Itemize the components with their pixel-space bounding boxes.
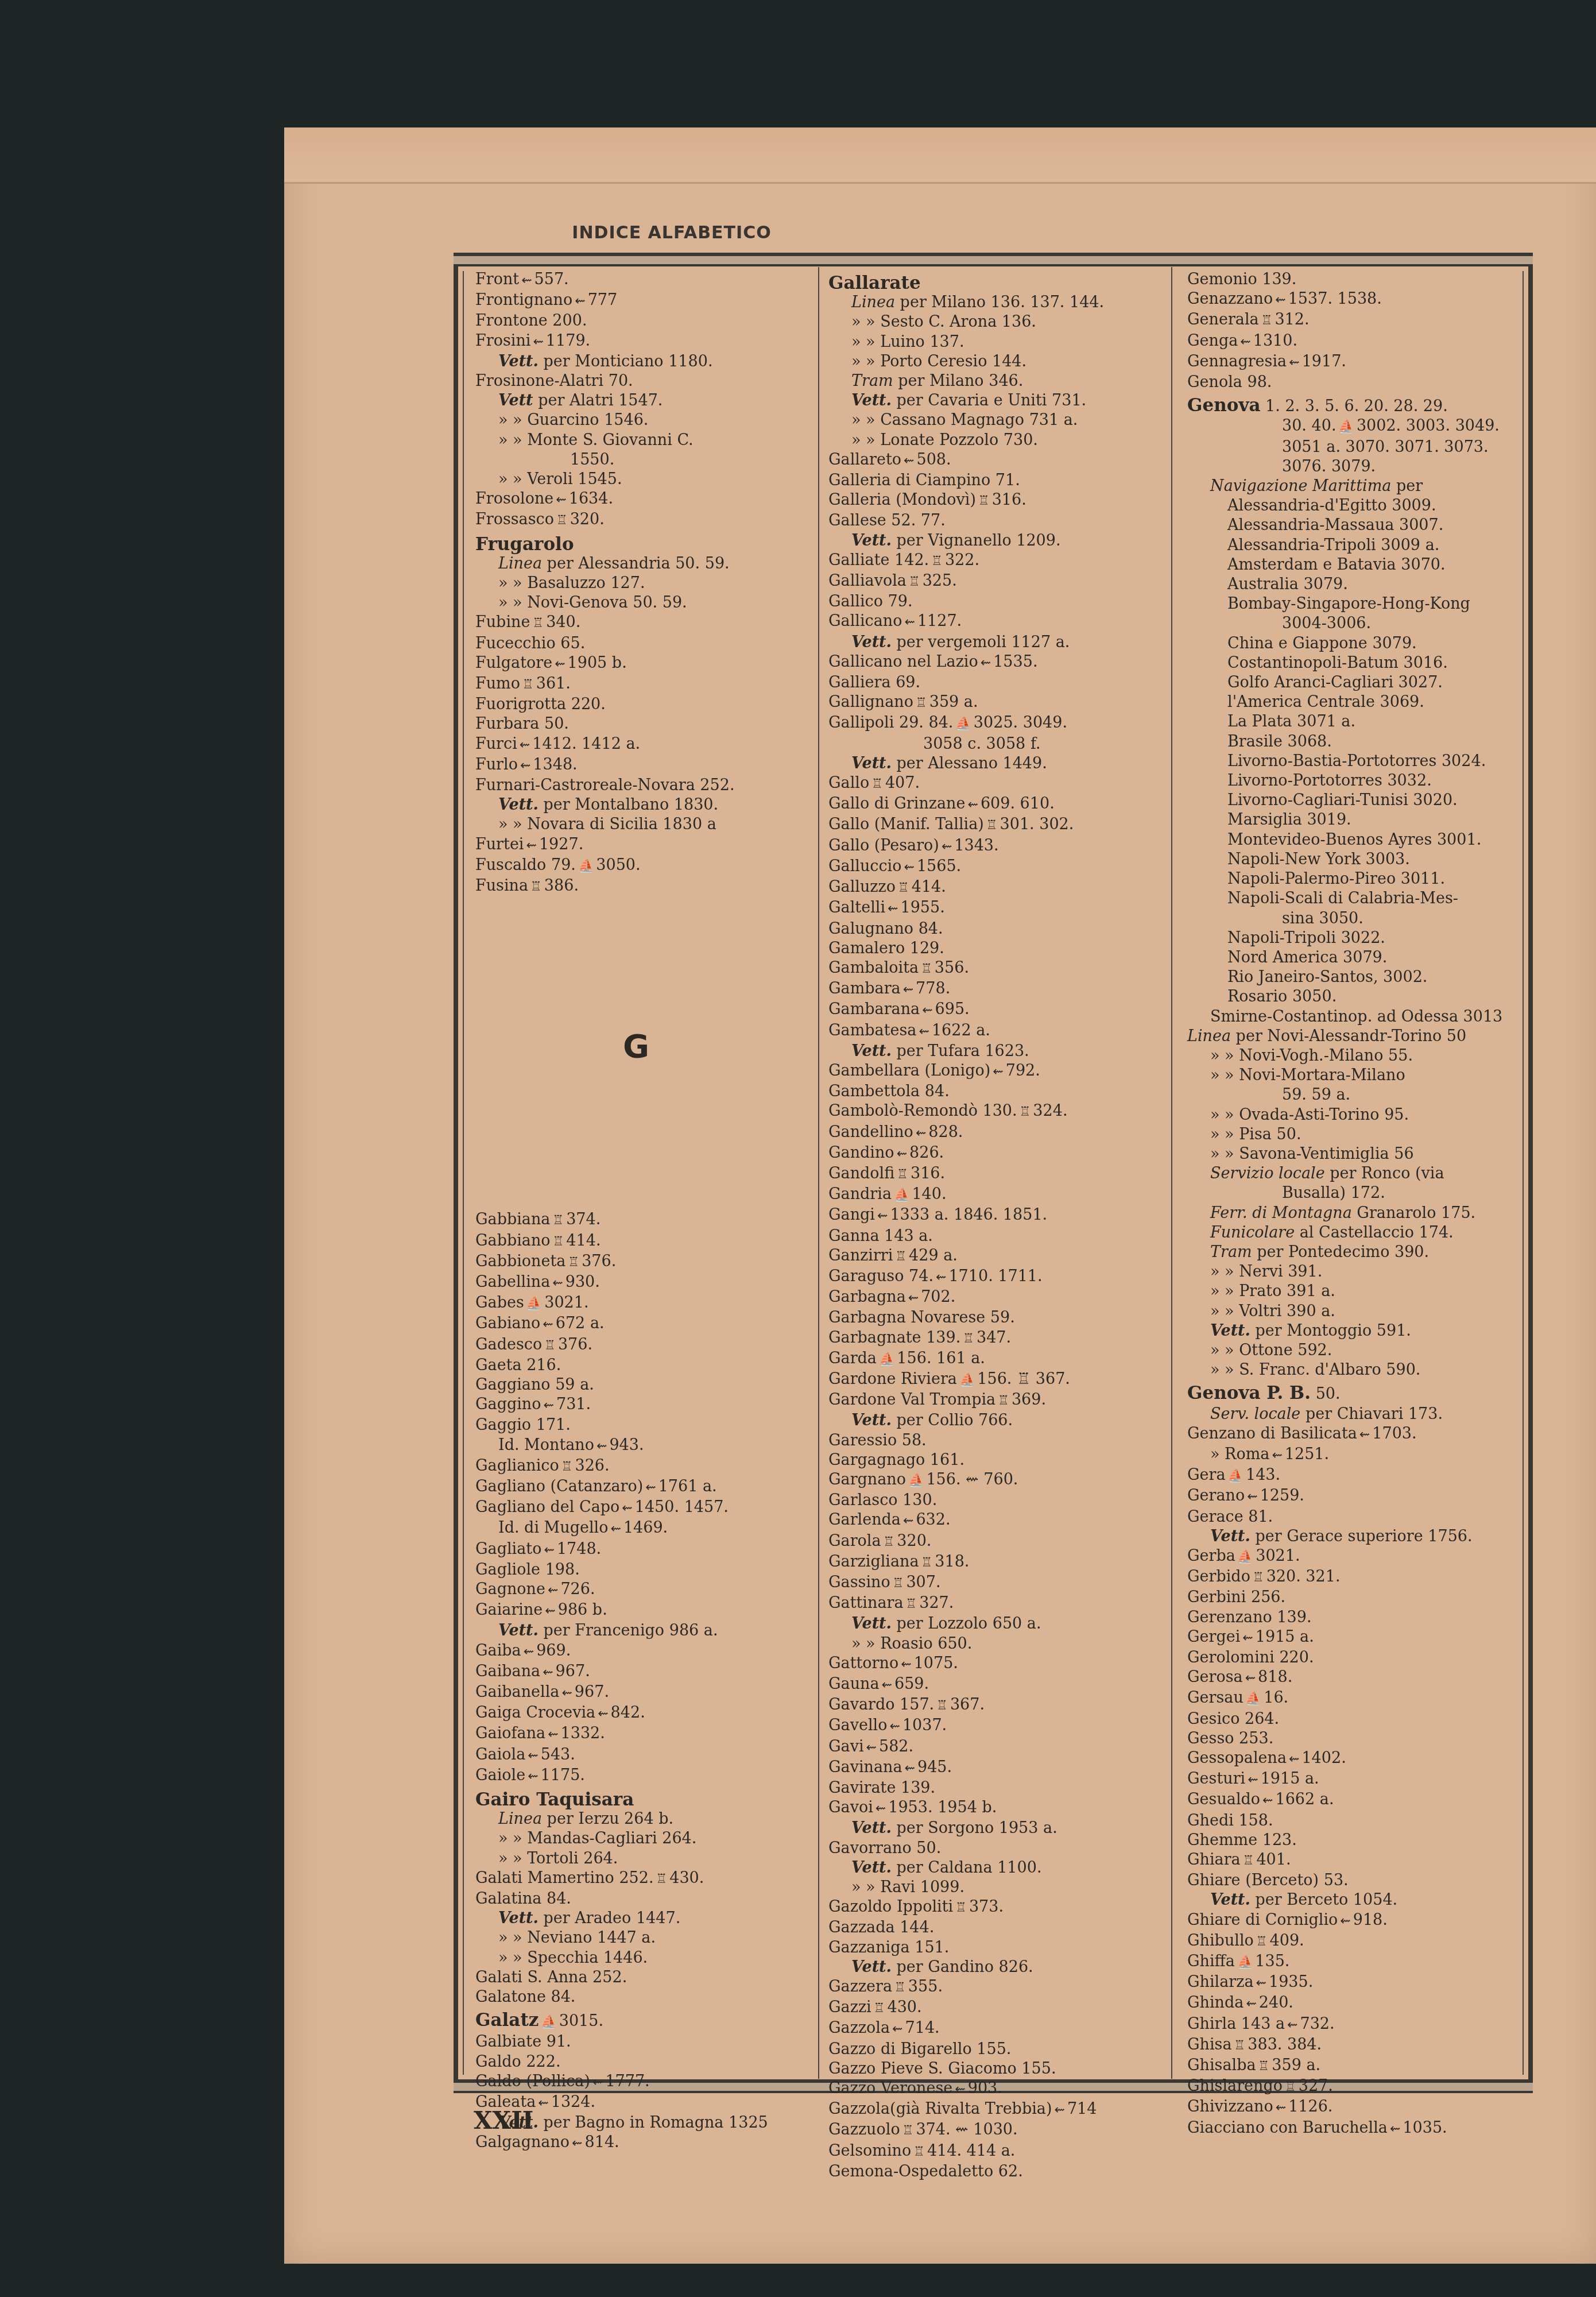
entry-refs: 414. <box>566 1232 601 1250</box>
tram-bell-icon: ♖ <box>902 2124 914 2138</box>
index-entry: Gagliato⇜1748. <box>475 1540 808 1560</box>
index-entry: » » Ottone 592. <box>1187 1341 1529 1360</box>
page-header: INDICE ALFABETICO <box>0 223 1596 243</box>
index-entry: Gabiano⇜672 a. <box>475 1314 808 1335</box>
index-entry: Gabbiana♖374. <box>475 1210 808 1231</box>
index-entry: Gattorno⇜1075. <box>828 1654 1173 1675</box>
index-entry: Gallignano♖359 a. <box>828 693 1173 713</box>
index-entry: Rio Janeiro-Santos, 3002. <box>1187 968 1529 987</box>
entry-text: Galati Mamertino 252. <box>475 1869 654 1887</box>
entry-text: Gaiga Crocevia <box>475 1704 595 1722</box>
railway-icon: ⇜ <box>524 1645 534 1659</box>
index-entry: Garaguso 74.⇜1710. 1711. <box>828 1267 1173 1287</box>
entry-text: Furtei <box>475 836 524 853</box>
railway-icon: ⇜ <box>1262 1793 1273 1808</box>
entry-refs: 1310. <box>1253 332 1297 350</box>
entry-text: Gemonio 139. <box>1187 270 1296 288</box>
railway-icon: ⇜ <box>592 2075 603 2090</box>
railway-icon: ⇜ <box>1289 1752 1299 1766</box>
entry-text: per Gerace superiore 1756. <box>1250 1528 1473 1545</box>
entry-text: Gandolfi <box>828 1165 894 1182</box>
index-entry: Vett. per Collio 766. <box>828 1411 1173 1430</box>
index-entry: Gabes⛵3021. <box>475 1293 808 1314</box>
tram-bell-icon: ♖ <box>1234 2039 1246 2053</box>
entry-text: Livorno-Bastia-Portotorres 3024. <box>1227 752 1486 770</box>
service-type-label: Linea <box>1187 1027 1231 1045</box>
entry-text: Galatone 84. <box>475 1988 575 2006</box>
index-entry: Gambellara (Lonigo)⇜792. <box>828 1061 1173 1082</box>
index-entry: » » Sesto C. Arona 136. <box>828 312 1173 332</box>
entry-refs: 731. <box>556 1395 591 1413</box>
entry-text: Gerenzano 139. <box>1187 1608 1312 1626</box>
entry-refs: 1035. <box>1403 2119 1447 2137</box>
entry-refs: 414. 414 a. <box>927 2142 1016 2160</box>
index-entry: Vett. per Tufara 1623. <box>828 1042 1173 1061</box>
index-column-3: Gemonio 139.Genazzano⇜1537. 1538.General… <box>1187 270 1529 2139</box>
entry-refs: 842. <box>611 1704 645 1722</box>
index-entry: Napoli-Tripoli 3022. <box>1187 929 1529 948</box>
vettura-label: Vett <box>498 392 533 409</box>
entry-text: Fusina <box>475 877 528 895</box>
entry-text: Gallo (Pesaro) <box>828 837 939 854</box>
index-entry: Gaggio 171. <box>475 1416 808 1435</box>
entry-text: Gazzo Veronese <box>828 2079 952 2097</box>
index-entry: Gallo di Grinzane⇜609. 610. <box>828 794 1173 815</box>
railway-icon: ⇜ <box>528 1769 538 1784</box>
vettura-label: Vett. <box>851 1859 892 1877</box>
index-entry: Gabbiano♖414. <box>475 1231 808 1252</box>
entry-text: » » Basaluzzo 127. <box>498 574 645 592</box>
entry-text: per Gandino 826. <box>892 1958 1033 1976</box>
entry-text: Galatina 84. <box>475 1890 571 1908</box>
tram-bell-icon: ♖ <box>1285 2080 1296 2094</box>
index-entry: » » Veroli 1545. <box>475 470 808 489</box>
entry-refs: 969. <box>536 1642 571 1660</box>
index-entry: Gerosa⇜818. <box>1187 1668 1529 1688</box>
entry-text: » » Ravi 1099. <box>851 1878 964 1896</box>
railway-icon: ⇜ <box>521 273 532 288</box>
index-entry: » » Novi-Genova 50. 59. <box>475 593 808 613</box>
index-entry: Garda⛵156. 161 a. <box>828 1349 1173 1370</box>
index-entry: Gaggiano 59 a. <box>475 1375 808 1395</box>
railway-icon: ⇜ <box>877 1209 888 1223</box>
entry-refs: 1179. <box>546 332 590 350</box>
entry-refs: 320. <box>897 1532 931 1550</box>
railway-icon: ⇜ <box>908 1291 919 1305</box>
entry-refs: 359 a. <box>1272 2056 1320 2074</box>
entry-text: per Milano 346. <box>893 372 1024 390</box>
entry-refs: 1412. 1412 a. <box>532 735 640 753</box>
entry-text: » » Veroli 1545. <box>498 470 622 488</box>
index-entry: China e Giappone 3079. <box>1187 634 1529 653</box>
entry-text: Gabbiana <box>475 1211 550 1228</box>
index-entry: Vett. per vergemoli 1127 a. <box>828 633 1173 652</box>
railway-icon: ⇜ <box>548 1727 558 1742</box>
entry-text: per Pontedecimo 390. <box>1252 1243 1429 1261</box>
entry-text: Garda <box>828 1349 877 1367</box>
entry-text: Gagliano (Catanzaro) <box>475 1478 643 1495</box>
index-entry: Napoli-Scali di Calabria-Mes- <box>1187 889 1529 908</box>
index-entry: » » Specchia 1446. <box>475 1948 808 1968</box>
railway-icon: ⇜ <box>936 1270 946 1285</box>
index-entry: Linea per Ierzu 264 b. <box>475 1809 808 1829</box>
entry-text: Gandria <box>828 1185 892 1203</box>
railway-icon: ⇜ <box>544 1398 554 1413</box>
entry-text: » » Savona-Ventimiglia 56 <box>1210 1145 1414 1163</box>
railway-icon: ⇜ <box>919 1024 929 1039</box>
entry-text: per Monticiano 1180. <box>539 353 713 370</box>
tram-bell-icon: ♖ <box>556 513 568 528</box>
index-entry: Furnari-Castroreale-Novara 252. <box>475 776 808 795</box>
index-entry: Gavoi⇜1953. 1954 b. <box>828 1798 1173 1819</box>
tram-bell-icon: ♖ <box>1258 2059 1270 2074</box>
entry-refs: 1450. 1457. <box>635 1498 729 1516</box>
entry-text: Galugnano 84. <box>828 920 943 938</box>
index-entry: La Plata 3071 a. <box>1187 712 1529 732</box>
index-entry: Amsterdam e Batavia 3070. <box>1187 555 1529 575</box>
entry-text: per Ronco (via <box>1325 1165 1444 1182</box>
entry-refs: 414. <box>912 878 946 896</box>
entry-text: Gaggiano 59 a. <box>475 1376 594 1394</box>
entry-refs: 1343. <box>954 837 998 854</box>
entry-text: 30. 40. <box>1282 417 1336 435</box>
index-entry: Galleria di Ciampino 71. <box>828 471 1173 490</box>
railway-icon: ⇜ <box>1359 1428 1370 1442</box>
entry-text: Gerbido <box>1187 1568 1250 1586</box>
entry-refs: 355. <box>908 1978 943 1996</box>
entry-text: Gerace 81. <box>1187 1508 1273 1526</box>
entry-refs: 1402. <box>1301 1749 1346 1767</box>
index-entry: Vett. per Caldana 1100. <box>828 1858 1173 1878</box>
entry-refs: 359 a. <box>929 693 978 711</box>
entry-text: Gagliato <box>475 1540 541 1558</box>
index-entry: Ghemme 123. <box>1187 1831 1529 1850</box>
entry-refs: 943. <box>609 1436 644 1454</box>
page-title: INDICE ALFABETICO <box>572 223 771 243</box>
entry-refs: 1917. <box>1302 353 1346 370</box>
entry-text: Garbagna Novarese 59. <box>828 1309 1015 1327</box>
service-type-label: Serv. locale <box>1210 1405 1300 1423</box>
index-entry: » » Porto Ceresio 144. <box>828 352 1173 372</box>
index-entry: Ferr. di Montagna Granarolo 175. <box>1187 1204 1529 1223</box>
railway-icon: ⇜ <box>545 1604 555 1618</box>
entry-text: » » Novi-Vogh.-Milano 55. <box>1210 1047 1413 1065</box>
index-entry: Frontone 200. <box>475 311 808 331</box>
entry-text: Gallese 52. 77. <box>828 512 946 529</box>
entry-text: Ghiare di Corniglio <box>1187 1911 1338 1929</box>
index-entry: Gera⛵143. <box>1187 1465 1529 1486</box>
entry-text: Gesualdo <box>1187 1791 1260 1808</box>
entry-text: Napoli-Scali di Calabria-Mes- <box>1227 890 1458 907</box>
entry-text: Gabes <box>475 1294 524 1312</box>
index-entry: » » Luino 137. <box>828 332 1173 352</box>
railway-icon: ⇜ <box>1276 2101 1286 2115</box>
railway-icon: ⇜ <box>882 1678 892 1692</box>
index-entry: Golfo Aranci-Cagliari 3027. <box>1187 673 1529 693</box>
index-entry: Livorno-Portotorres 3032. <box>1187 771 1529 791</box>
g-entries: Gabbiana♖374.Gabbiano♖414.Gabbioneta♖376… <box>475 1210 808 2153</box>
tram-bell-icon: ♖ <box>916 696 927 710</box>
entry-text: Gavello <box>828 1716 887 1734</box>
boat-icon: ⛵ <box>1246 1692 1261 1706</box>
entry-text: » » Voltri 390 a. <box>1210 1302 1335 1320</box>
railway-icon: ⇜ <box>904 454 914 468</box>
entry-text: Gambettola 84. <box>828 1082 950 1100</box>
entry-text: Ghilarza <box>1187 1973 1254 1991</box>
entry-text: Gambolò-Remondò 130. <box>828 1102 1017 1120</box>
index-entry: Garlenda⇜632. <box>828 1510 1173 1531</box>
index-entry: Gesso 253. <box>1187 1729 1529 1749</box>
service-type-label: Tram <box>1210 1243 1252 1261</box>
entry-text: per Alessano 1449. <box>892 755 1047 772</box>
index-entry: Funicolare al Castellaccio 174. <box>1187 1223 1529 1243</box>
index-entry: Costantinopoli-Batum 3016. <box>1187 653 1529 673</box>
index-entry: Serv. locale per Chiavari 173. <box>1187 1405 1529 1424</box>
entry-text: sina 3050. <box>1282 910 1363 927</box>
entry-refs: 659. <box>894 1675 929 1693</box>
vettura-label: Vett. <box>851 532 892 550</box>
index-entry: Gaiarine⇜986 b. <box>475 1600 808 1621</box>
index-entry: Rosario 3050. <box>1187 987 1529 1007</box>
entry-text: Ghinda <box>1187 1994 1244 2012</box>
index-entry: » » Tortoli 264. <box>475 1849 808 1869</box>
entry-text: Fumo <box>475 675 520 693</box>
entry-text: Gazzera <box>828 1978 892 1996</box>
tram-bell-icon: ♖ <box>894 1981 906 1995</box>
index-entry: Gerolomini 220. <box>1187 1648 1529 1668</box>
entry-text: Rosario 3050. <box>1227 988 1337 1006</box>
entry-text: » » S. Franc. d'Albaro 590. <box>1210 1361 1420 1379</box>
entry-refs: 1927. <box>539 836 583 853</box>
entry-text: Gazzada 144. <box>828 1919 934 1936</box>
index-entry: Galtelli⇜1955. <box>828 898 1173 919</box>
railway-icon: ⇜ <box>556 493 566 507</box>
index-entry: Alessandria-d'Egitto 3009. <box>1187 496 1529 516</box>
entry-refs: 324. <box>1033 1102 1067 1120</box>
index-entry: 3051 a. 3070. 3071. 3073. <box>1187 438 1529 457</box>
railway-icon: ⇜ <box>905 1761 915 1776</box>
index-entry: Gambarana⇜695. <box>828 1000 1173 1020</box>
entry-refs: 374. <box>566 1211 601 1228</box>
service-type-label: Linea <box>851 293 895 311</box>
section-letter: G <box>623 1028 649 1065</box>
entry-refs: 156. ⇜ 760. <box>926 1471 1018 1488</box>
entry-refs: 316. <box>992 491 1026 509</box>
tram-bell-icon: ♖ <box>1243 1854 1254 1868</box>
entry-text: Ghisa <box>1187 2036 1232 2054</box>
index-entry: Furci⇜1412. 1412 a. <box>475 734 808 755</box>
tram-bell-icon: ♖ <box>906 1597 917 1611</box>
index-entry: Gandino⇜826. <box>828 1143 1173 1164</box>
entry-text: per Lozzolo 650 a. <box>892 1615 1041 1633</box>
entry-refs: 1935. <box>1269 1973 1313 1991</box>
entry-text: Gerolomini 220. <box>1187 1649 1314 1666</box>
index-entry: Gerbini 256. <box>1187 1588 1529 1607</box>
entry-text: Galleria di Ciampino 71. <box>828 471 1020 489</box>
entry-text: 59. 59 a. <box>1282 1086 1350 1104</box>
entry-refs: 1251. <box>1285 1445 1329 1463</box>
index-entry: Galliavola♖325. <box>828 571 1173 592</box>
index-entry: Galugnano 84. <box>828 919 1173 939</box>
entry-text: Gallignano <box>828 693 913 711</box>
entry-text: Gadesco <box>475 1336 542 1354</box>
entry-refs: 322. <box>945 551 979 569</box>
index-entry: Gallese 52. 77. <box>828 511 1173 531</box>
entry-refs: 1748. <box>557 1540 601 1558</box>
index-entry: Gandria⛵140. <box>828 1185 1173 1205</box>
index-entry: Gelsomino♖414. 414 a. <box>828 2141 1173 2162</box>
railway-icon: ⇜ <box>1287 2018 1297 2032</box>
entry-text: 1550. <box>570 451 614 469</box>
entry-refs: 1537. 1538. <box>1288 290 1382 308</box>
entry-refs: 1565. <box>917 857 961 875</box>
index-entry: Ghislarengo♖327. <box>1187 2076 1529 2097</box>
entry-text: » » Lonate Pozzolo 730. <box>851 431 1038 449</box>
vettura-label: Vett. <box>851 392 892 409</box>
index-entry: Garbagna⇜702. <box>828 1287 1173 1308</box>
entry-refs: 1777. <box>605 2072 649 2090</box>
index-entry: Gambettola 84. <box>828 1082 1173 1101</box>
entry-text: Ghedi 158. <box>1187 1812 1273 1830</box>
railway-icon: ⇜ <box>866 1741 877 1755</box>
f-entries: Front⇜557.Frontignano⇜777Frontone 200.Fr… <box>475 270 808 897</box>
railway-icon: ⇜ <box>544 1543 554 1557</box>
entry-text: Galliate 142. <box>828 551 929 569</box>
entry-text: Ganna 143 a. <box>828 1227 933 1245</box>
index-entry: Garbagna Novarese 59. <box>828 1308 1173 1328</box>
entry-text: Livorno-Cagliari-Tunisi 3020. <box>1227 791 1458 809</box>
index-entry: Gaibanella⇜967. <box>475 1683 808 1703</box>
index-entry: Montevideo-Buenos Ayres 3001. <box>1187 830 1529 850</box>
entry-refs: 135. <box>1255 1952 1289 1970</box>
index-entry: Gallipoli 29. 84.⛵3025. 3049. <box>828 713 1173 734</box>
index-entry: » » Mandas-Cagliari 264. <box>475 1829 808 1849</box>
entry-refs: 726. <box>560 1580 595 1598</box>
tram-bell-icon: ♖ <box>553 1235 564 1249</box>
entry-text: » » Ovada-Asti-Torino 95. <box>1210 1106 1409 1124</box>
entry-text: Gerano <box>1187 1487 1245 1505</box>
vettura-label: Vett. <box>851 1615 892 1633</box>
index-entry: Galleria (Mondovì)♖316. <box>828 490 1173 511</box>
entry-text: China e Giappone 3079. <box>1227 635 1417 652</box>
entry-text: Gattinara <box>828 1594 904 1612</box>
entry-text: Gelsomino <box>828 2142 911 2160</box>
index-entry: Napoli-Palermo-Pireo 3011. <box>1187 869 1529 889</box>
entry-text: Gessopalena <box>1187 1749 1287 1767</box>
entry-text: Gandino <box>828 1144 894 1162</box>
index-entry: Gambaloita♖356. <box>828 958 1173 979</box>
entry-text: Napoli-New York 3003. <box>1227 850 1410 868</box>
index-entry: Galluzzo♖414. <box>828 877 1173 898</box>
entry-refs: 376. <box>582 1252 616 1270</box>
railway-icon: ⇜ <box>904 860 914 875</box>
entry-text: Gamalero 129. <box>828 939 944 957</box>
index-entry: Gandolfi♖316. <box>828 1164 1173 1185</box>
tram-bell-icon: ♖ <box>898 881 909 895</box>
entry-refs: 386. <box>544 877 579 895</box>
entry-text: Gaggino <box>475 1395 541 1413</box>
index-entry: Galgagnano⇜814. <box>475 2133 808 2153</box>
index-entry: sina 3050. <box>1187 909 1529 929</box>
index-entry: Gauna⇜659. <box>828 1675 1173 1695</box>
tram-bell-icon: ♖ <box>913 2145 925 2159</box>
entry-text: Furci <box>475 735 517 753</box>
index-entry: Gazzola⇜714. <box>828 2018 1173 2039</box>
entry-text: Gaiofana <box>475 1724 545 1742</box>
railway-icon: ⇜ <box>967 798 978 812</box>
entry-text: Ghirla 143 a <box>1187 2015 1285 2033</box>
railway-icon: ⇜ <box>1242 1631 1253 1645</box>
entry-refs: 557. <box>534 270 569 288</box>
entry-text: Gardone Val Trompia <box>828 1391 995 1409</box>
tram-bell-icon: ♖ <box>544 1339 556 1353</box>
vettura-label: Vett. <box>851 1819 892 1837</box>
entry-refs: 156. ♖ 367. <box>977 1370 1070 1388</box>
service-type-label: Linea <box>498 555 542 573</box>
entry-text: Gergei <box>1187 1628 1240 1646</box>
index-entry: Gaiole⇜1175. <box>475 1766 808 1786</box>
railway-icon: ⇜ <box>622 1501 632 1515</box>
index-entry: Gazoldo Ippoliti♖373. <box>828 1897 1173 1918</box>
index-entry: Linea per Milano 136. 137. 144. <box>828 293 1173 312</box>
index-entry: Gallo (Pesaro)⇜1343. <box>828 836 1173 857</box>
index-entry: Frosolone⇜1634. <box>475 489 808 510</box>
entry-text: » » Sesto C. Arona 136. <box>851 313 1036 331</box>
entry-refs: 3050. <box>596 856 640 874</box>
entry-text: Galatz <box>475 2010 539 2031</box>
index-entry: Fucecchio 65. <box>475 634 808 653</box>
column-divider <box>818 267 819 2079</box>
index-entry: Gallicano⇜1127. <box>828 612 1173 632</box>
entry-refs: 3002. 3003. 3049. <box>1357 417 1500 435</box>
entry-text: Gavoi <box>828 1799 873 1816</box>
entry-text: Fulgatore <box>475 654 552 672</box>
entry-text: per Novi-Alessandr-Torino 50 <box>1231 1027 1466 1045</box>
index-entry: Gallarate <box>828 273 1173 293</box>
tram-bell-icon: ♖ <box>1256 1935 1268 1949</box>
index-entry: Gerenzano 139. <box>1187 1608 1529 1627</box>
railway-icon: ⇜ <box>1272 1448 1282 1463</box>
index-entry: Vett. per Aradeo 1447. <box>475 1909 808 1928</box>
index-entry: 59. 59 a. <box>1187 1085 1529 1105</box>
entry-refs: 1915 a. <box>1256 1628 1314 1646</box>
entry-text: Generala <box>1187 311 1259 328</box>
index-entry: Ghisa♖383. 384. <box>1187 2035 1529 2056</box>
entry-text: Galbiate 91. <box>475 2033 571 2051</box>
entry-text: Gavinana <box>828 1758 902 1776</box>
entry-refs: 320. <box>570 511 605 528</box>
tram-bell-icon: ♖ <box>978 494 990 508</box>
railway-icon: ⇜ <box>645 1480 656 1495</box>
railway-icon: ⇜ <box>1247 1490 1257 1504</box>
entry-text: Gargagnago 161. <box>828 1451 964 1469</box>
railway-icon: ⇜ <box>901 1657 911 1672</box>
index-entry: » » Basaluzzo 127. <box>475 574 808 593</box>
entry-refs: 714 <box>1067 2100 1097 2118</box>
entry-text: 3058 c. 3058 f. <box>923 735 1041 753</box>
entry-text: Gesturi <box>1187 1770 1245 1788</box>
index-column-1: Front⇜557.Frontignano⇜777Frontone 200.Fr… <box>475 270 808 2154</box>
index-entry: Galdo 222. <box>475 2052 808 2072</box>
index-entry: Gesualdo⇜1662 a. <box>1187 1790 1529 1811</box>
index-entry: Gavardo 157.♖367. <box>828 1695 1173 1716</box>
index-entry: Genzano di Basilicata⇜1703. <box>1187 1424 1529 1445</box>
entry-text: per Cavaria e Uniti 731. <box>892 392 1086 409</box>
entry-refs: 369. <box>1012 1391 1046 1409</box>
index-entry: Gersau⛵16. <box>1187 1688 1529 1709</box>
index-entry: Ghiara♖401. <box>1187 1850 1529 1871</box>
index-entry: Ghiare di Corniglio⇜918. <box>1187 1911 1529 1931</box>
